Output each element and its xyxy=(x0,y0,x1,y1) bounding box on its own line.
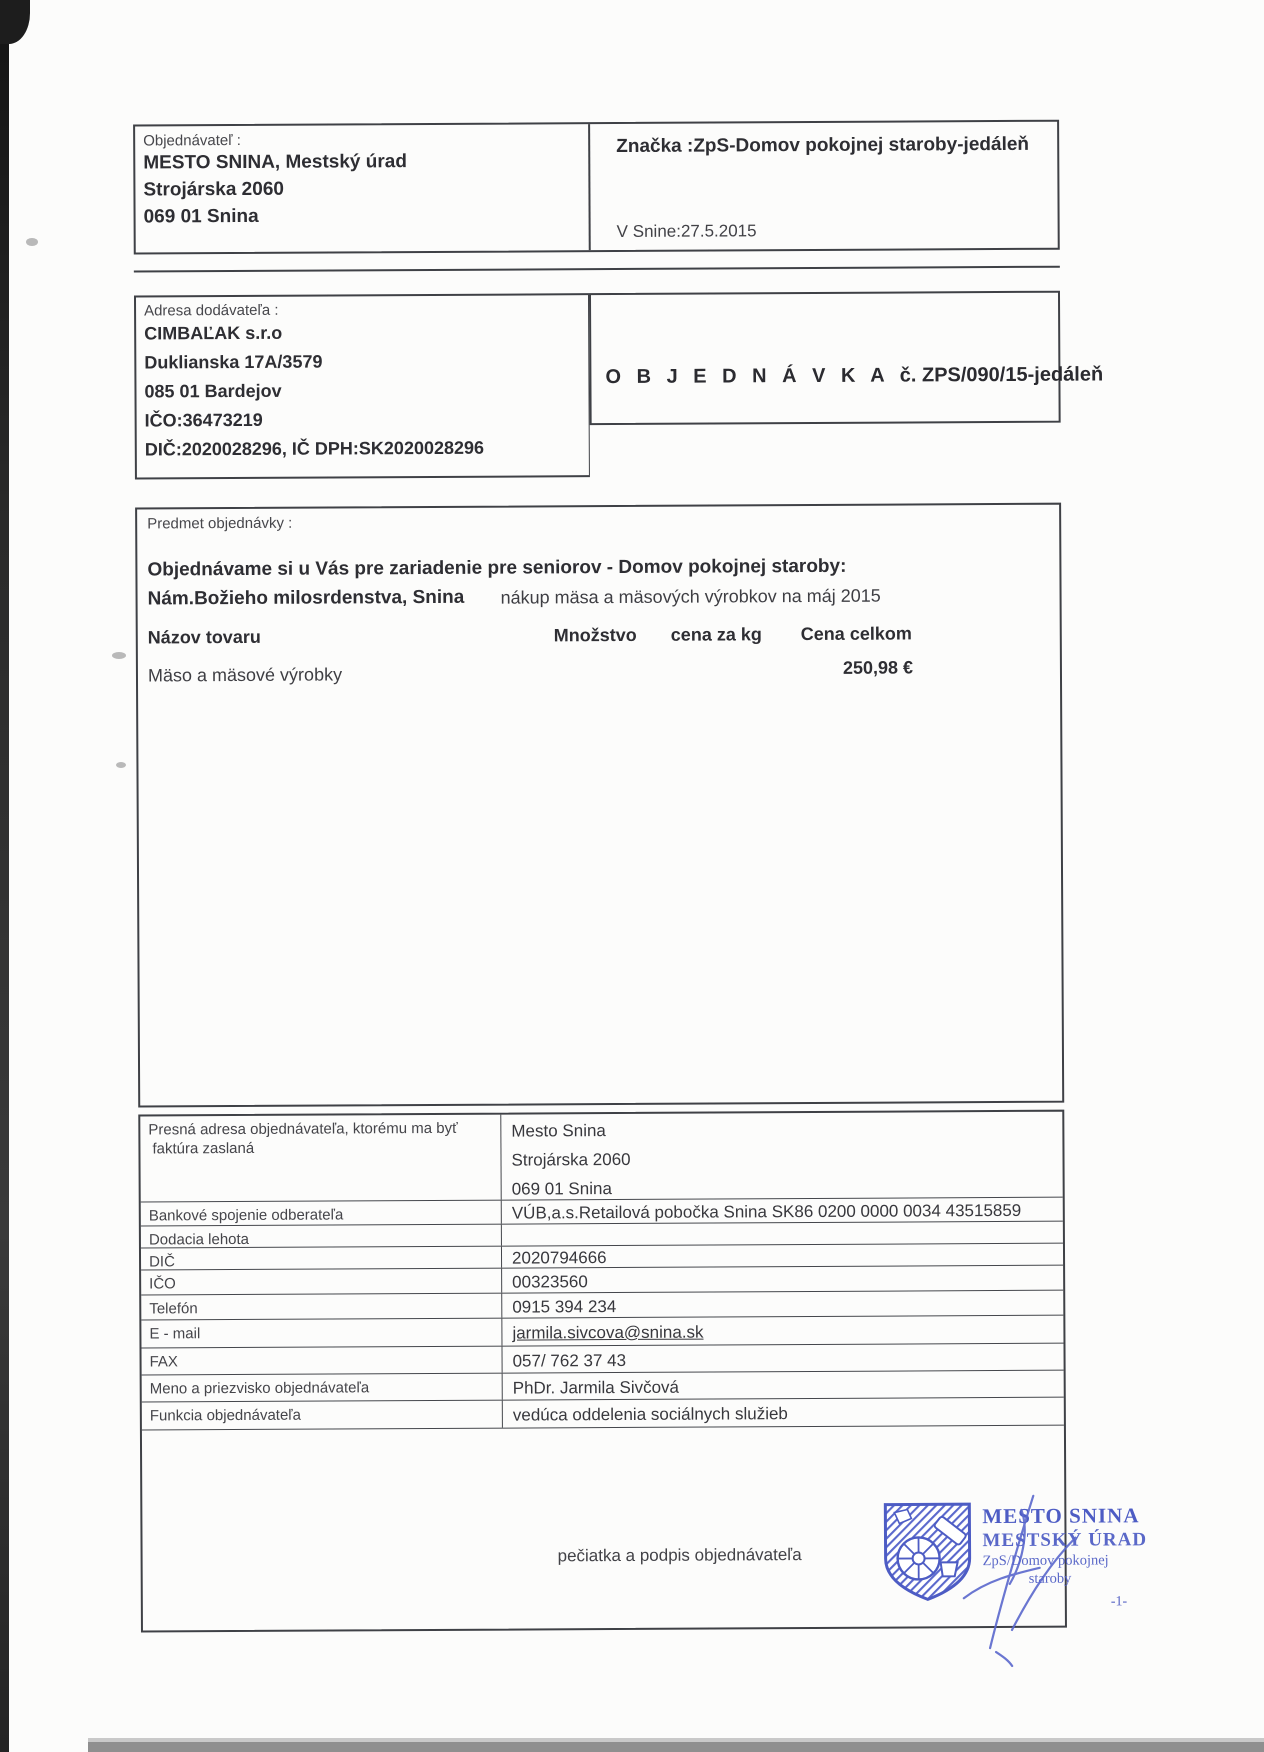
stamp-caption: pečiatka a podpis objednávateľa xyxy=(558,1545,802,1566)
row-label: Dodacia lehota xyxy=(141,1225,502,1248)
table-row: Funkcia objednávateľa vedúca oddelenia s… xyxy=(142,1398,1064,1431)
row-label-line1: Presná adresa objednávateľa, ktorému ma … xyxy=(148,1120,457,1139)
bank-account-value: VÚB,a.s.Retailová pobočka Snina SK86 020… xyxy=(502,1198,1063,1224)
subject-label: Predmet objednávky : xyxy=(147,515,292,533)
reference-block: Značka :ZpS-Domov pokojnej staroby-jedál… xyxy=(602,122,1058,250)
row-label: DIČ xyxy=(141,1247,502,1270)
row-value: Mesto Snina Strojárska 2060 069 01 Snina xyxy=(501,1112,1062,1200)
subject-intro-line2-left: Nám.Božieho milosrdenstva, Snina xyxy=(148,587,465,611)
stamp-city-name: MESTO SNINA xyxy=(982,1503,1147,1529)
separator-line xyxy=(134,266,1060,273)
orderer-reference-box: Objednávateľ : MESTO SNINA, Mestský úrad… xyxy=(133,120,1060,255)
column-header-qty: Množstvo xyxy=(554,625,637,646)
orderer-role-value: vedúca oddelenia sociálnych služieb xyxy=(503,1398,1064,1428)
orderer-name: MESTO SNINA, Mestský úrad xyxy=(143,148,407,176)
order-number-box: O B J E D N Á V K A č. ZPS/090/15-jedále… xyxy=(589,291,1061,425)
item-name: Mäso a mäsové výrobky xyxy=(148,664,342,686)
supplier-ico: IČO:36473219 xyxy=(145,404,589,435)
scan-bottom-shadow xyxy=(88,1742,1264,1752)
supplier-box: Adresa dodávateľa : CIMBAĽAK s.r.o Dukli… xyxy=(134,293,590,479)
column-header-name: Názov tovaru xyxy=(148,627,261,649)
row-label: FAX xyxy=(141,1347,502,1375)
phone-value: 0915 394 234 xyxy=(502,1291,1063,1318)
order-title: O B J E D N Á V K A č. ZPS/090/15-jedále… xyxy=(591,293,1059,423)
row-label: Meno a priezvisko objednávateľa xyxy=(142,1374,503,1402)
order-subject-box: Predmet objednávky : Objednávame si u Vá… xyxy=(135,503,1064,1108)
orderer-street: Strojárska 2060 xyxy=(143,175,407,203)
subject-intro-line2-right: nákup mäsa a mäsových výrobkov na máj 20… xyxy=(501,586,881,609)
invoice-address-line1: Mesto Snina xyxy=(511,1121,606,1140)
row-label-line2: faktúra zaslaná xyxy=(148,1140,254,1158)
supplier-city: 085 01 Bardejov xyxy=(144,375,588,406)
scan-edge-shadow-left xyxy=(0,0,9,1752)
table-row: Presná adresa objednávateľa, ktorému ma … xyxy=(140,1112,1062,1203)
supplier-street: Duklianska 17A/3579 xyxy=(144,346,588,377)
item-total-price: 250,98 € xyxy=(843,657,913,678)
row-label: IČO xyxy=(141,1269,502,1295)
row-label: Bankové spojenie odberateľa xyxy=(141,1201,502,1226)
dic-value: 2020794666 xyxy=(502,1244,1063,1268)
order-number: č. ZPS/090/15-jedáleň xyxy=(900,363,1104,387)
document-content: Objednávateľ : MESTO SNINA, Mestský úrad… xyxy=(0,0,1264,1752)
scan-smudge xyxy=(112,652,126,659)
row-label: Telefón xyxy=(141,1294,502,1320)
column-header-total: Cena celkom xyxy=(801,623,912,645)
orderer-city: 069 01 Snina xyxy=(144,202,408,230)
ico-value: 00323560 xyxy=(502,1266,1063,1293)
subject-intro-line1: Objednávame si u Vás pre zariadenie pre … xyxy=(147,556,846,582)
row-label: E - mail xyxy=(141,1319,502,1348)
invoice-address-line3: 069 01 Snina xyxy=(512,1179,612,1199)
scan-smudge xyxy=(116,762,126,768)
reference-mark: Značka :ZpS-Domov pokojnej staroby-jedál… xyxy=(602,122,1057,158)
stamp-text: MESTO SNINA MESTSKÝ ÚRAD ZpS/Domov pokoj… xyxy=(982,1503,1147,1588)
box1-column-divider xyxy=(588,124,591,250)
row-label: Presná adresa objednávateľa, ktorému ma … xyxy=(140,1115,501,1202)
fax-value: 057/ 762 37 43 xyxy=(502,1344,1063,1373)
stamp-facility-line2: staroby xyxy=(1029,1569,1148,1588)
row-label: Funkcia objednávateľa xyxy=(142,1401,503,1430)
order-word: O B J E D N Á V K A xyxy=(605,364,889,388)
invoice-address-line2: Strojárska 2060 xyxy=(511,1150,630,1170)
delivery-term-value xyxy=(502,1222,1063,1246)
page-number: -1- xyxy=(1111,1594,1127,1610)
supplier-name: CIMBAĽAK s.r.o xyxy=(144,317,588,348)
supplier-dic: DIČ:2020028296, IČ DPH:SK2020028296 xyxy=(145,433,589,464)
scanned-order-document: Objednávateľ : MESTO SNINA, Mestský úrad… xyxy=(0,0,1264,1752)
stamp-facility-line1: ZpS/Domov pokojnej xyxy=(983,1551,1148,1570)
stamp-office-name: MESTSKÝ ÚRAD xyxy=(982,1528,1147,1552)
invoice-details-box: Presná adresa objednávateľa, ktorému ma … xyxy=(138,1110,1067,1633)
orderer-person-value: PhDr. Jarmila Sivčová xyxy=(503,1371,1064,1400)
city-coat-of-arms-icon xyxy=(880,1500,975,1604)
orderer-label: Objednávateľ : xyxy=(143,131,407,149)
email-value: jarmila.sivcova@snina.sk xyxy=(502,1316,1063,1346)
column-header-unit-price: cena za kg xyxy=(671,624,762,645)
scan-smudge xyxy=(26,238,38,246)
orderer-block: Objednávateľ : MESTO SNINA, Mestský úrad… xyxy=(143,131,407,230)
place-and-date: V Snine:27.5.2015 xyxy=(617,221,757,242)
